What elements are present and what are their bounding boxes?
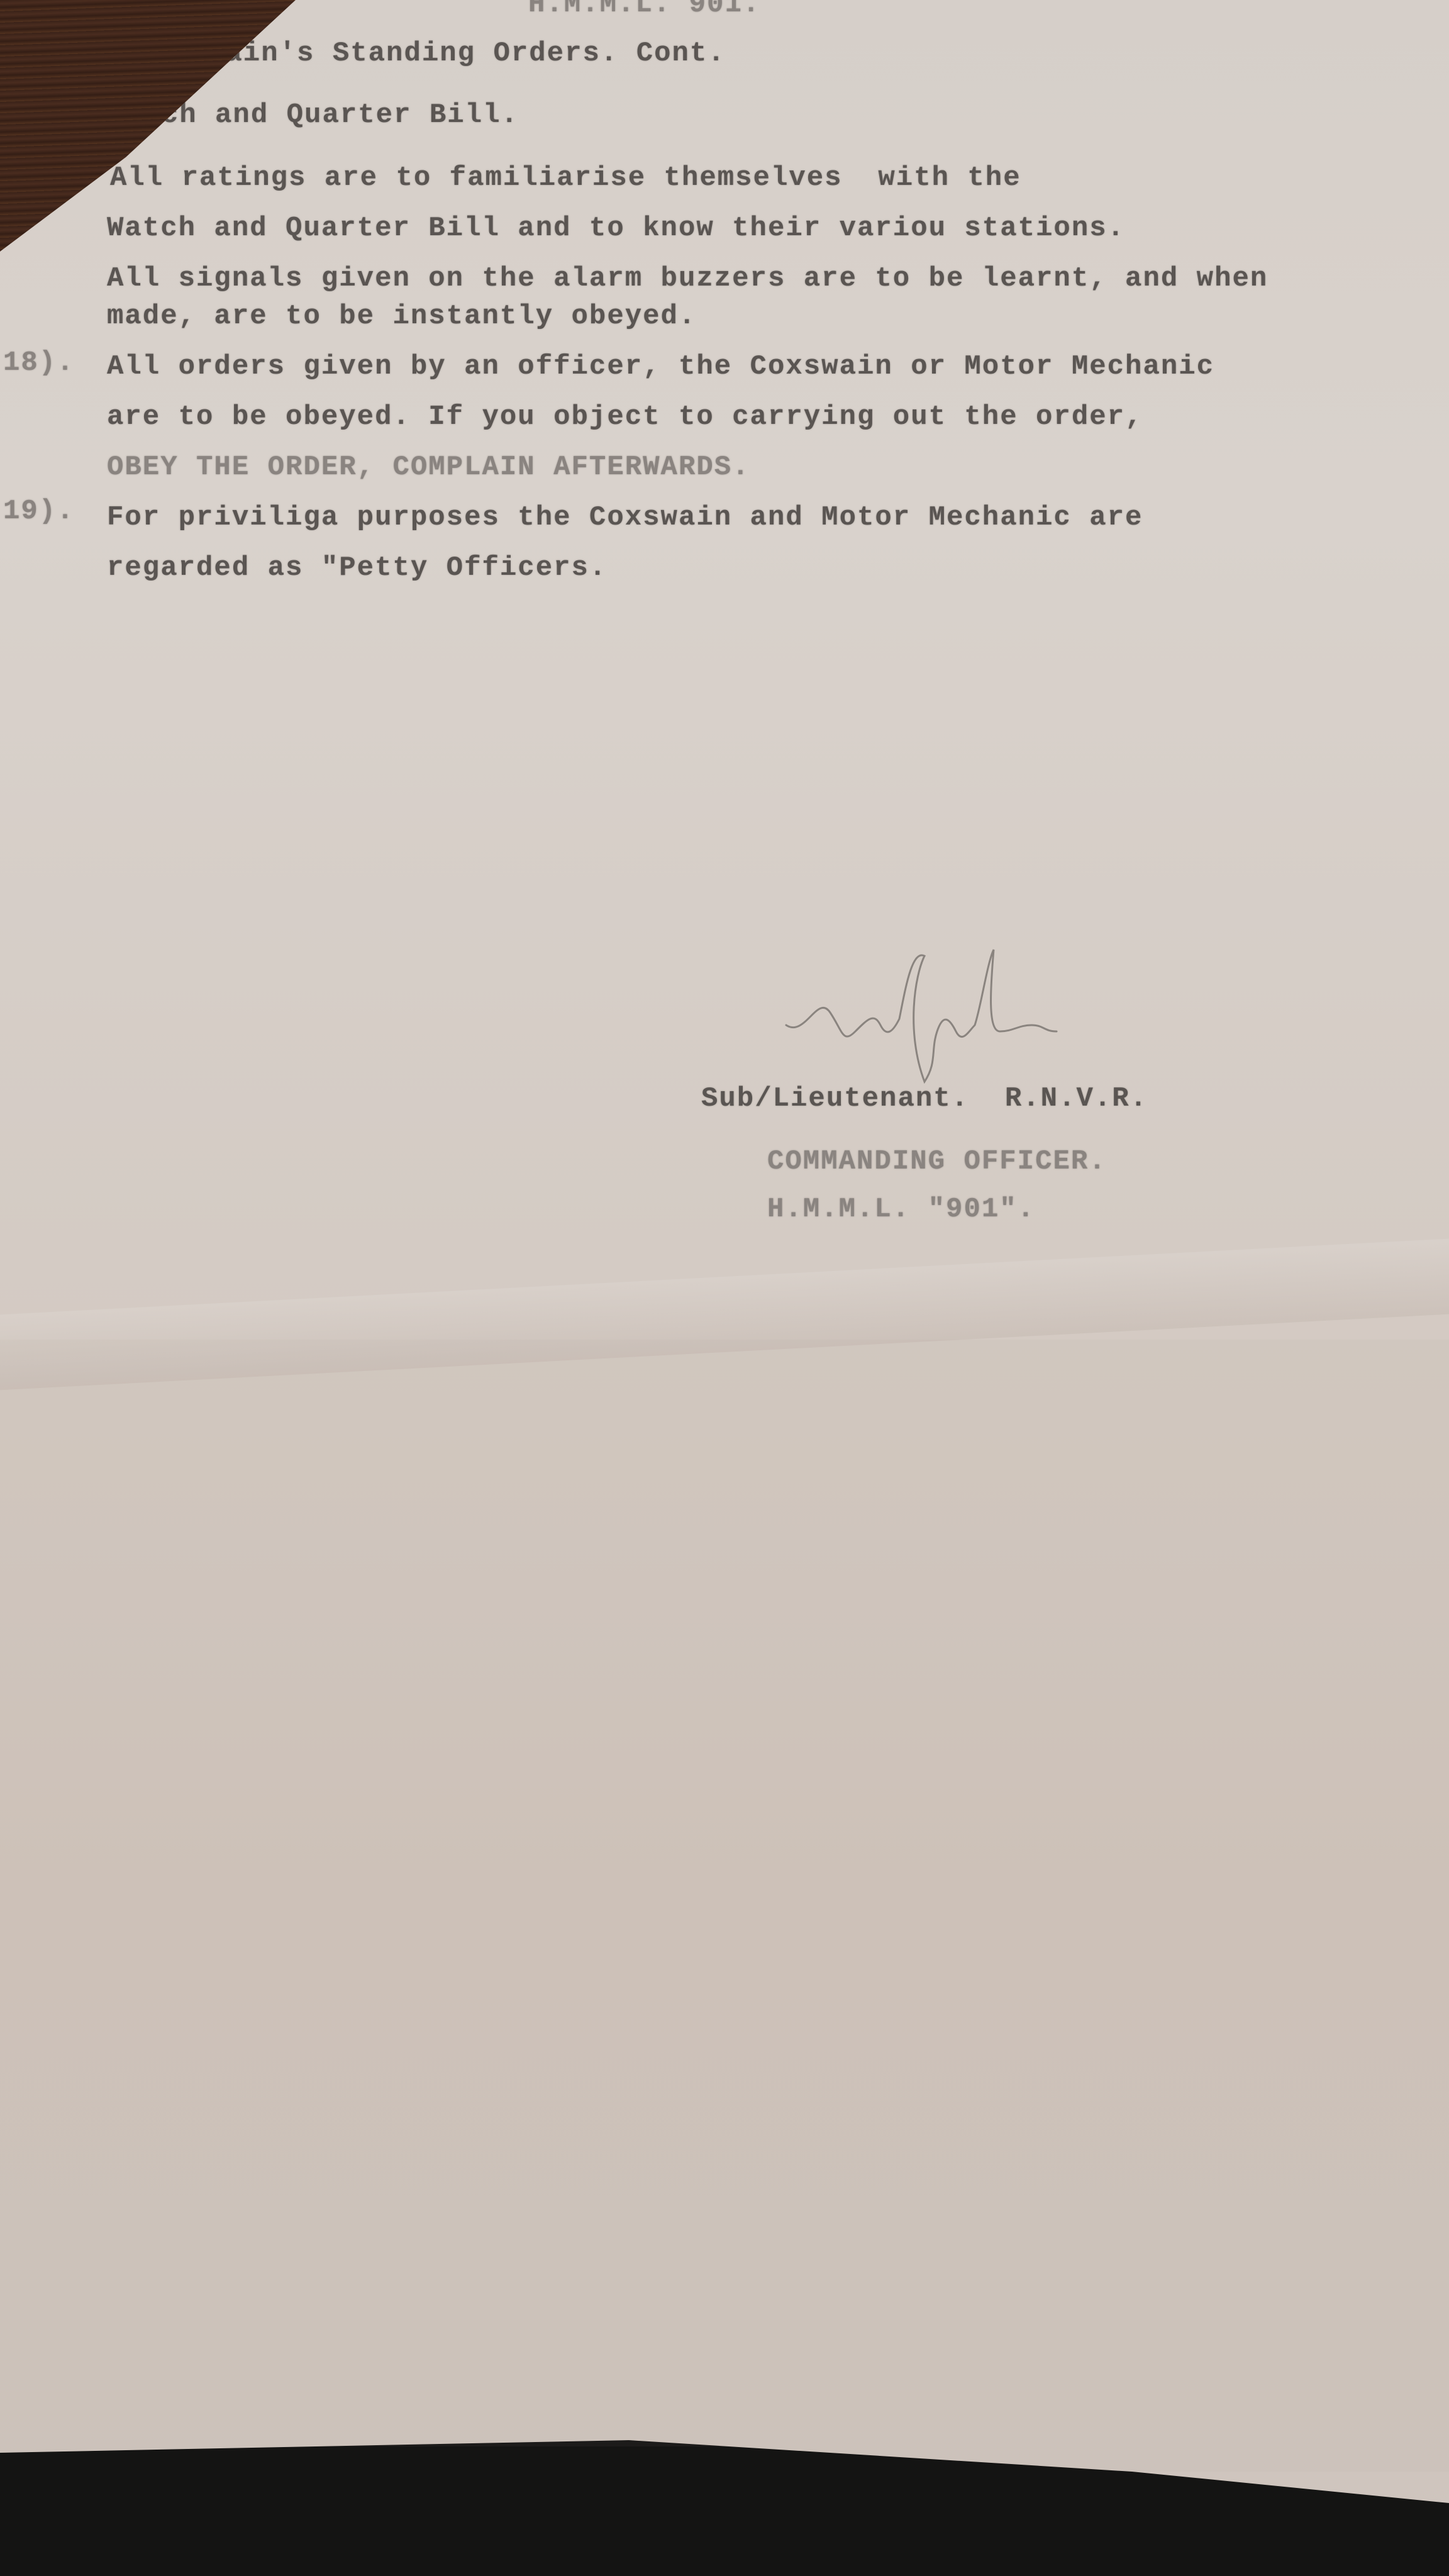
paragraph-number: 19). xyxy=(3,496,75,527)
lower-page-shadow xyxy=(0,1340,1449,2472)
paragraph-line: All ratings are to familiarise themselve… xyxy=(110,162,1021,194)
document-title: …ain's Standing Orders. Cont. xyxy=(208,38,726,69)
signature-vessel: H.M.M.L. "901". xyxy=(767,1194,1035,1225)
paper-fold xyxy=(0,1239,1449,1391)
paragraph-line: Watch and Quarter Bill and to know their… xyxy=(107,213,1125,244)
header-ref: H.M.M.L. 901. xyxy=(528,0,760,20)
paragraph-line: made, are to be instantly obeyed. xyxy=(107,301,696,332)
paragraph-line: are to be obeyed. If you object to carry… xyxy=(107,401,1143,433)
signature-rank: Sub/Lieutenant. R.N.V.R. xyxy=(701,1083,1148,1114)
paragraph-line: All orders given by an officer, the Coxs… xyxy=(107,351,1214,382)
section-heading: …tch and Quarter Bill. xyxy=(126,99,519,131)
paragraph-line: All signals given on the alarm buzzers a… xyxy=(107,263,1268,294)
paragraph-line: OBEY THE ORDER, COMPLAIN AFTERWARDS. xyxy=(107,452,750,483)
signature-role: COMMANDING OFFICER. xyxy=(767,1146,1107,1177)
document-page: H.M.M.L. 901. …ain's Standing Orders. Co… xyxy=(0,0,1449,2516)
paragraph-line: For priviliga purposes the Coxswain and … xyxy=(107,502,1143,533)
handwritten-signature xyxy=(780,937,1132,1101)
paragraph-line: regarded as "Petty Officers. xyxy=(107,552,607,584)
paragraph-number: 18). xyxy=(3,347,75,379)
